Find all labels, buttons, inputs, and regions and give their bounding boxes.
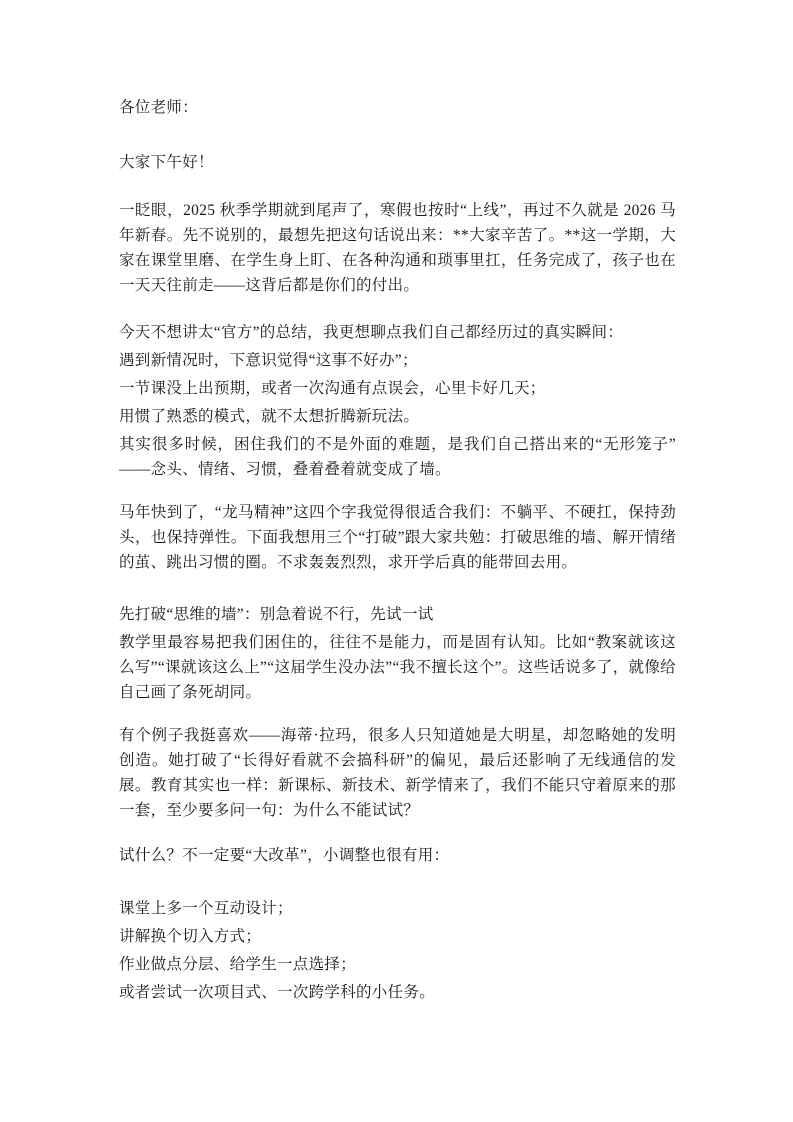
cage-paragraph: 其实很多时候，困住我们的不是外面的难题，是我们自己搭出来的“无形笼子”——念头、…	[119, 432, 676, 482]
try-what-paragraph: 试什么？不一定要“大改革”，小调整也很有用：	[119, 843, 676, 868]
suggestion-line-3: 作业做点分层、给学生一点选择；	[119, 952, 676, 977]
moment-line-1: 遇到新情况时，下意识觉得“这事不好办”；	[119, 348, 676, 373]
suggestion-line-4: 或者尝试一次项目式、一次跨学科的小任务。	[119, 980, 676, 1005]
section-heading-break-wall: 先打破“思维的墙”：别急着说不行，先试一试	[119, 602, 676, 627]
hedy-lamarr-paragraph: 有个例子我挺喜欢——海蒂·拉玛，很多人只知道她是大明星，却忽略她的发明创造。她打…	[119, 723, 676, 823]
moment-line-2: 一节课没上出预期，或者一次沟通有点误会，心里卡好几天；	[119, 376, 676, 401]
horse-year-paragraph: 马年快到了，“龙马精神”这四个字我觉得很适合我们：不躺平、不硬扛，保持劲头，也保…	[119, 500, 676, 575]
intro-paragraph: 一眨眼，2025 秋季学期就到尾声了，寒假也按时“上线”，再过不久就是 2026…	[119, 198, 676, 298]
suggestion-line-1: 课堂上多一个互动设计；	[119, 896, 676, 921]
greeting-line: 各位老师：	[119, 95, 676, 120]
suggestion-line-2: 讲解换个切入方式；	[119, 924, 676, 949]
cognition-paragraph: 教学里最容易把我们困住的，往往不是能力，而是固有认知。比如“教案就该这么写”“课…	[119, 630, 676, 705]
moments-lead-paragraph: 今天不想讲太“官方”的总结，我更想聊点我们自己都经历过的真实瞬间：	[119, 320, 676, 345]
salutation-line: 大家下午好！	[119, 150, 676, 175]
document-page: 各位老师： 大家下午好！ 一眨眼，2025 秋季学期就到尾声了，寒假也按时“上线…	[0, 0, 793, 1122]
moment-line-3: 用惯了熟悉的模式，就不太想折腾新玩法。	[119, 404, 676, 429]
